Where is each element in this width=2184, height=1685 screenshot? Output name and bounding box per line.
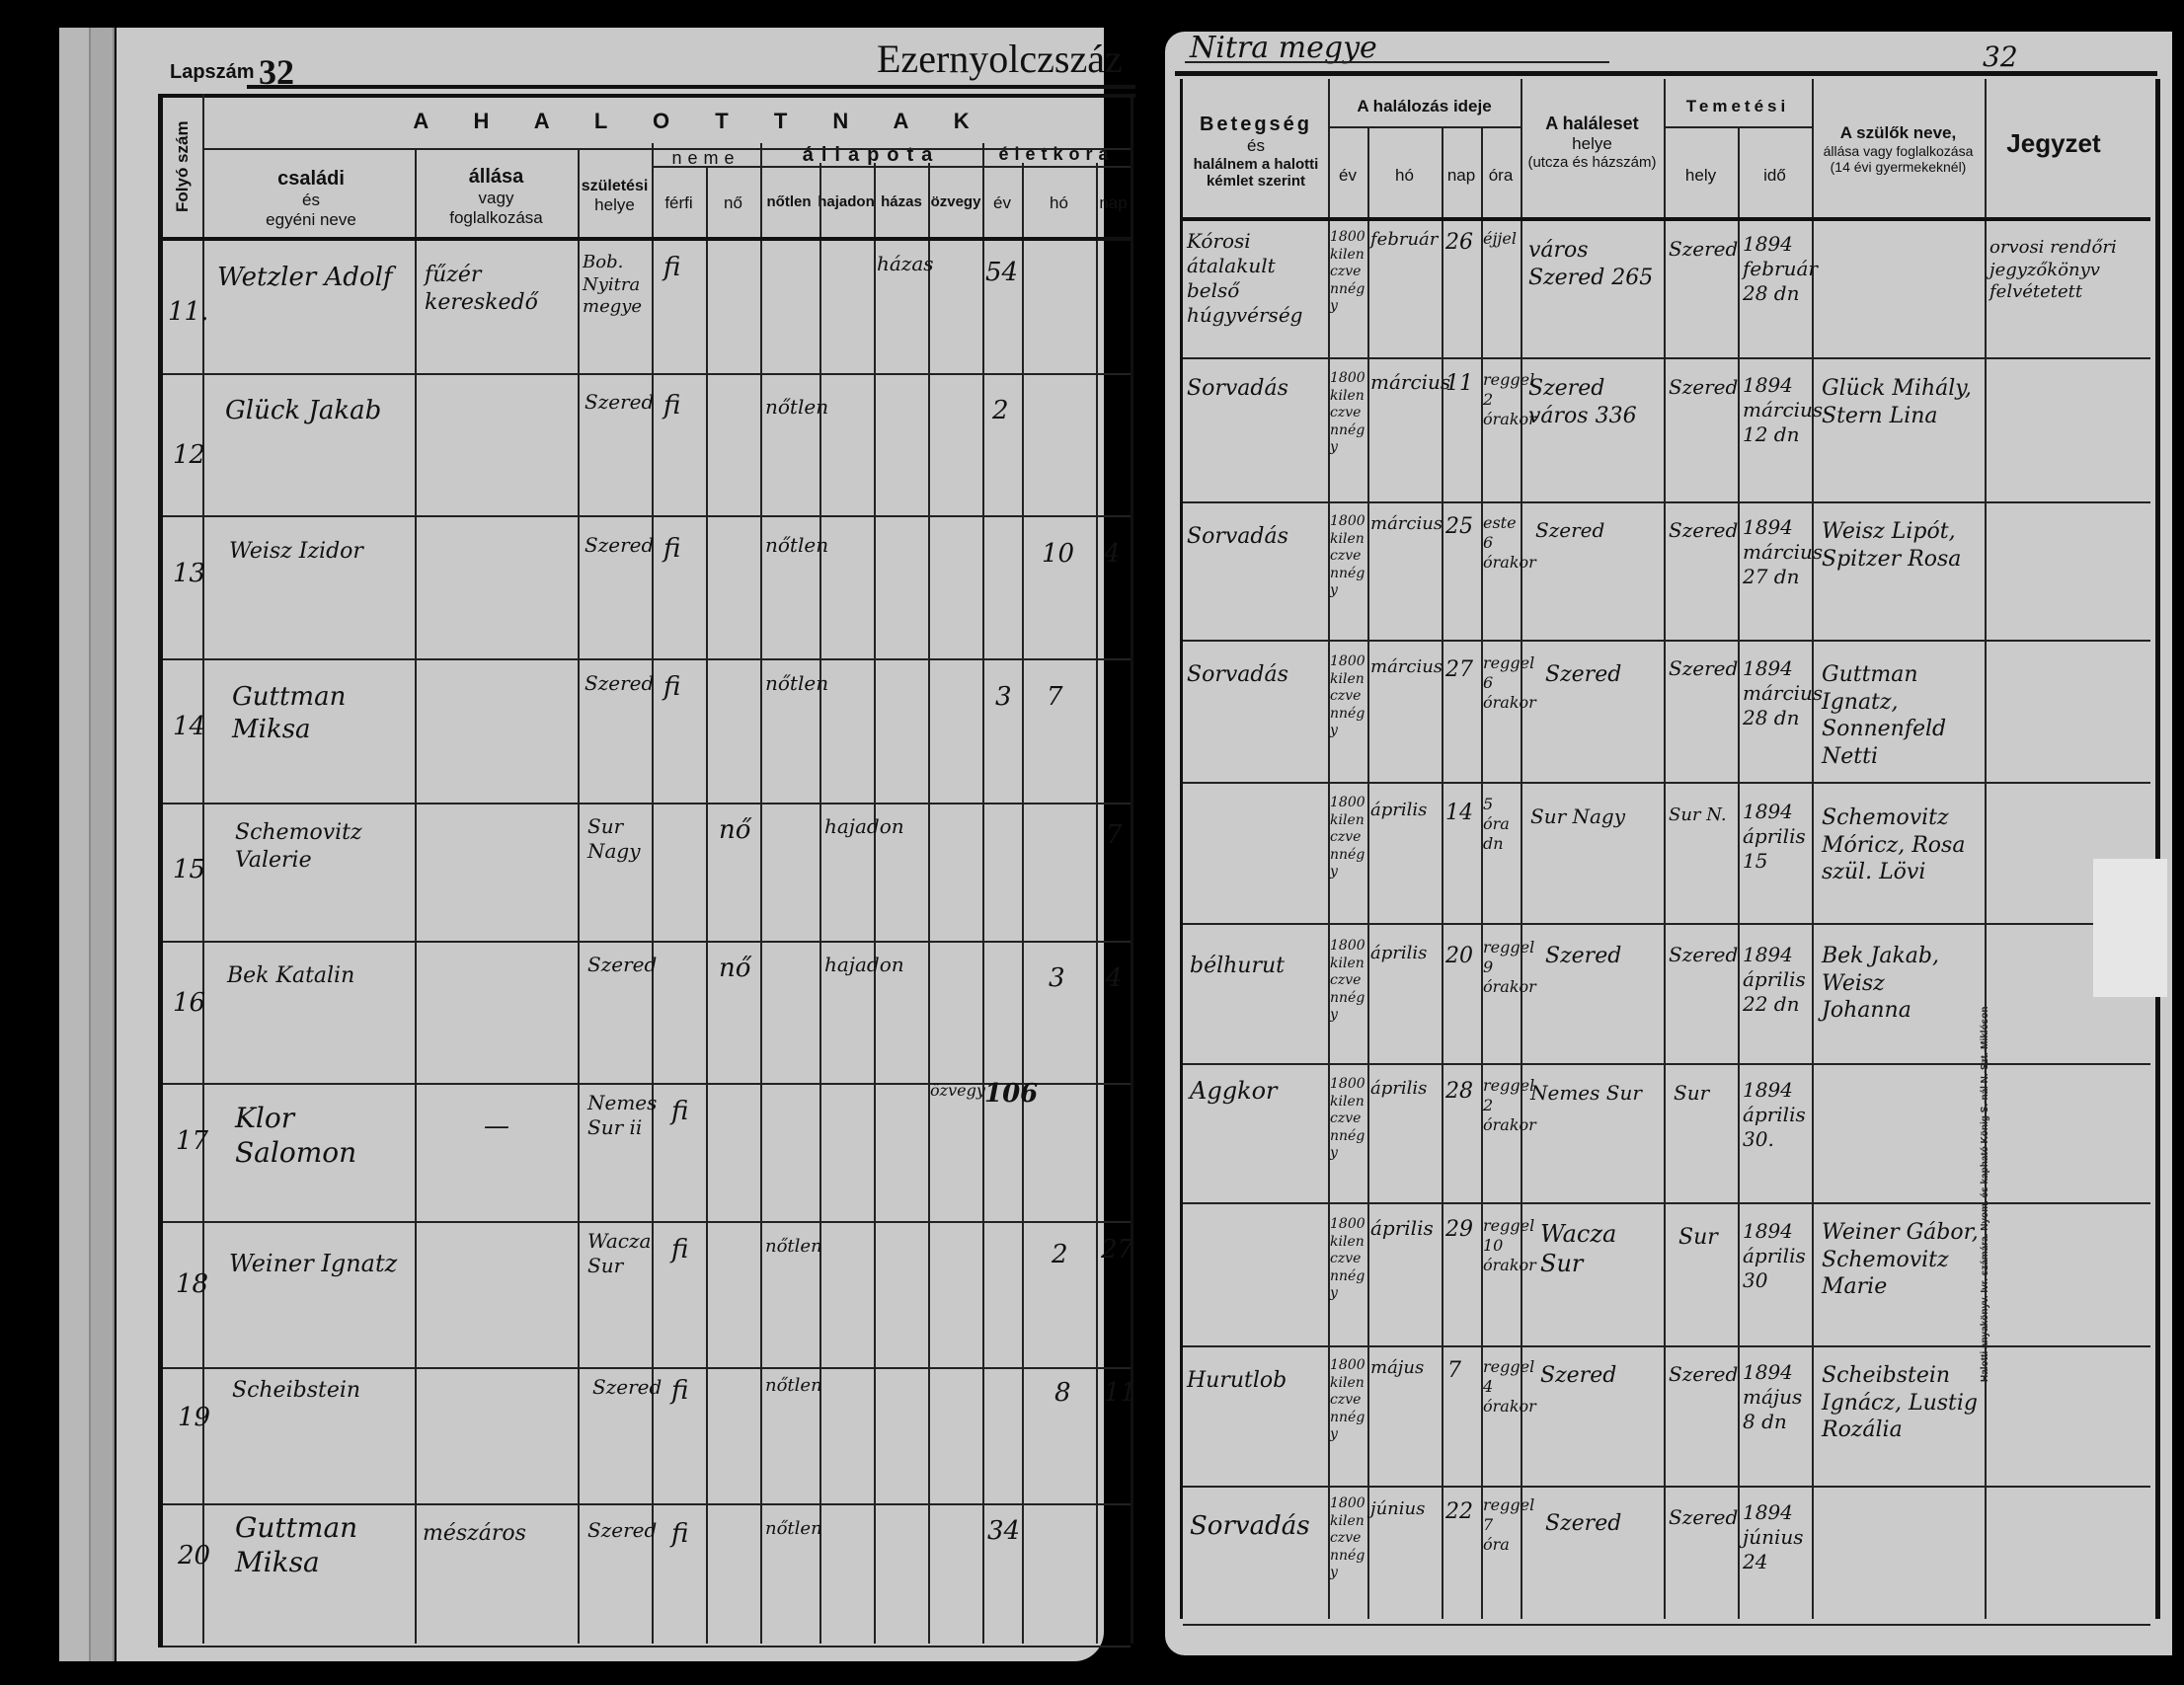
row-20-age-years: 34: [987, 1515, 1020, 1548]
book-gutter: [1135, 0, 1167, 1685]
row-divider: [163, 658, 1131, 660]
header-rule: [652, 166, 1131, 168]
col-cause-line1: Betegség: [1183, 114, 1329, 136]
row-12-no: 12: [173, 439, 205, 472]
row-18-place: Wacza Sur: [1540, 1219, 1659, 1278]
row-15-name: Schemovitz Valerie: [235, 819, 408, 874]
row-20-burial-place: Szered: [1669, 1505, 1738, 1530]
col-parents-header: A szülők neve, állása vagy foglalkozása …: [1812, 123, 1985, 175]
row-13-name: Weisz Izidor: [229, 538, 407, 566]
row-14-single-m: nőtlen: [765, 671, 817, 696]
row-divider: [163, 1646, 1131, 1647]
row-15-parents: Schemovitz Móricz, Rosa szül. Lövi: [1822, 804, 1980, 886]
header-rule: [202, 148, 1131, 150]
row-20-birthplace: Szered: [587, 1518, 657, 1543]
row-11-no: 11.: [168, 296, 208, 329]
row-12-name: Glück Jakab: [225, 395, 403, 427]
row-divider: [1183, 1345, 2150, 1347]
row-13-age-months: 10: [1042, 538, 1074, 571]
row-14-cause: Sorvadás: [1187, 661, 1325, 689]
col-male-header: férfi: [652, 193, 706, 213]
col-married-header: házas: [875, 193, 928, 210]
col-age-years-header: év: [982, 193, 1022, 213]
row-13-parents: Weisz Lipót, Spitzer Rosa: [1822, 518, 1980, 573]
title-rule: [247, 85, 1135, 89]
row-14-death-day: 27: [1445, 656, 1473, 684]
year-heading: Ezernyolczszáz: [877, 36, 1123, 82]
row-20-burial-time: 1894 június 24: [1743, 1500, 1810, 1574]
col-name-line1: családi: [212, 168, 410, 191]
col-occ-line2: vagy: [415, 189, 578, 208]
col-birth-line2: helye: [578, 195, 652, 215]
row-13-burial-time: 1894 március 27 dn: [1743, 515, 1810, 589]
row-16-female: nő: [719, 953, 750, 985]
row-15-death-month: április: [1370, 800, 1440, 822]
row-20-death-hour: reggel 7 óra: [1483, 1495, 1519, 1555]
row-14-burial-time: 1894 március 28 dn: [1743, 656, 1810, 730]
divider: [1521, 79, 1522, 1619]
printer-imprint: Halotti anyakönyv. Ivr. számára. Nyom. é…: [1980, 987, 1990, 1382]
row-12-place: Szered város 336: [1528, 375, 1662, 429]
row-divider: [163, 803, 1131, 804]
row-14-death-year: 1800 kilenczvennégy: [1330, 653, 1365, 740]
row-11-death-year: 1800 kilenczvennégy: [1330, 229, 1365, 316]
col-widowed-header: özvegy: [928, 193, 983, 210]
row-divider: [1183, 782, 2150, 784]
divider: [1442, 128, 1443, 1619]
row-14-male: fi: [663, 671, 680, 704]
row-12-death-day: 11: [1445, 370, 1473, 398]
row-11-age-years: 54: [985, 257, 1018, 289]
divider: [928, 163, 930, 1644]
row-19-cause: Hurutlob: [1187, 1367, 1325, 1395]
row-20-male: fi: [671, 1518, 688, 1551]
divider: [1664, 79, 1666, 1619]
divider: [706, 168, 708, 1644]
col-death-month-header: hó: [1367, 166, 1442, 186]
col-parents-line1: A szülők neve,: [1812, 123, 1985, 143]
col-occupation-header: állása vagy foglalkozása: [415, 166, 578, 228]
divider: [1022, 163, 1024, 1644]
col-parents-line2: állása vagy foglalkozása: [1812, 143, 1985, 159]
row-17-name: Klor Salomon: [235, 1101, 408, 1170]
row-divider: [1183, 1486, 2150, 1488]
row-18-burial-time: 1894 április 30: [1743, 1219, 1810, 1293]
row-16-death-hour: reggel 9 órakor: [1483, 938, 1519, 997]
row-18-age-days: 27: [1101, 1234, 1133, 1266]
row-20-death-day: 22: [1445, 1498, 1473, 1526]
row-15-age-days: 7: [1106, 819, 1123, 852]
row-11-cause: Kórosi átalakult belső húgyvérség: [1187, 229, 1325, 328]
row-19-age-months: 8: [1054, 1377, 1071, 1410]
row-13-place: Szered: [1535, 518, 1604, 543]
row-16-parents: Bek Jakab, Weisz Johanna: [1822, 943, 1980, 1025]
row-11-place: város Szered 265: [1528, 237, 1662, 291]
row-19-death-hour: reggel 4 órakor: [1483, 1357, 1519, 1417]
col-place-line2: helye: [1521, 134, 1664, 154]
row-18-death-month: április: [1370, 1216, 1440, 1241]
col-age-days-header: nap: [1096, 193, 1131, 213]
row-12-burial-time: 1894 március 12 dn: [1743, 373, 1810, 447]
divider: [652, 143, 654, 1644]
row-18-parents: Weiner Gábor, Schemovitz Marie: [1822, 1219, 1980, 1301]
row-divider: [1183, 357, 2150, 359]
row-11-occupation: fűzér kereskedő: [425, 262, 573, 316]
row-18-no: 18: [176, 1268, 208, 1301]
row-16-single-f: hajadon: [824, 953, 872, 977]
row-14-burial-place: Szered: [1669, 656, 1738, 681]
row-13-cause: Sorvadás: [1187, 523, 1325, 551]
row-17-death-hour: reggel 2 órakor: [1483, 1076, 1519, 1135]
col-place-line3: (utcza és házszám): [1521, 154, 1664, 171]
col-parents-line3: (14 évi gyermekeknél): [1812, 159, 1985, 175]
col-name-line2: és: [212, 191, 410, 210]
row-16-cause: bélhurut: [1190, 953, 1328, 980]
row-12-cause: Sorvadás: [1187, 375, 1325, 403]
divider: [982, 143, 984, 1644]
row-divider: [163, 1367, 1131, 1369]
row-20-no: 20: [178, 1540, 210, 1572]
row-18-age-months: 2: [1052, 1239, 1068, 1271]
row-13-single-m: nőtlen: [765, 533, 817, 558]
title-rule: [1175, 71, 2157, 76]
row-15-place: Sur Nagy: [1530, 804, 1625, 829]
row-12-parents: Glück Mihály, Stern Lina: [1822, 375, 1980, 429]
row-divider: [163, 1503, 1131, 1505]
row-19-name: Scheibstein: [232, 1377, 410, 1405]
col-cause-line3: halálnem a halotti: [1183, 156, 1329, 173]
col-place-line1: A haláleset: [1521, 114, 1664, 134]
col-cause-line2: és: [1183, 136, 1329, 156]
row-13-birthplace: Szered: [585, 533, 654, 558]
row-divider: [163, 1221, 1131, 1223]
row-14-death-month: március: [1370, 656, 1440, 679]
row-17-birthplace: Nemes Sur ii: [587, 1091, 647, 1140]
col-single-m-header: nőtlen: [760, 193, 818, 210]
row-14-no: 14: [173, 711, 205, 743]
row-15-death-year: 1800 kilenczvennégy: [1330, 795, 1365, 881]
row-19-death-day: 7: [1447, 1357, 1461, 1385]
row-15-single-f: hajadon: [824, 814, 872, 839]
row-13-male: fi: [663, 533, 680, 566]
row-14-name: Guttman Miksa: [232, 681, 405, 745]
col-cause-header: Betegség és halálnem a halotti kémlet sz…: [1183, 114, 1329, 190]
row-20-death-month: június: [1370, 1498, 1440, 1521]
row-19-male: fi: [671, 1375, 688, 1408]
row-14-birthplace: Szered: [585, 671, 654, 696]
col-female-header: nő: [706, 193, 760, 213]
divider: [819, 163, 821, 1644]
col-birthplace-header: születési helye: [578, 178, 652, 215]
divider: [874, 163, 876, 1644]
page-label: Lapszám: [170, 61, 255, 84]
row-12-male: fi: [663, 390, 680, 422]
row-18-death-day: 29: [1445, 1216, 1473, 1244]
row-19-age-days: 11: [1104, 1377, 1136, 1410]
paper-slip: [2093, 859, 2167, 997]
row-19-parents: Scheibstein Ignácz, Lustig Rozália: [1822, 1362, 1980, 1444]
col-burial-time-header: idő: [1738, 166, 1812, 186]
col-place-header: A haláleset helye (utcza és házszám): [1521, 114, 1664, 171]
row-11-married: házas: [877, 252, 926, 276]
row-11-burial-place: Szered: [1669, 237, 1738, 262]
row-17-death-month: április: [1370, 1078, 1440, 1101]
row-18-death-year: 1800 kilenczvennégy: [1330, 1216, 1365, 1303]
row-16-age-days: 4: [1106, 962, 1123, 995]
row-14-place: Szered: [1545, 661, 1621, 689]
left-page-stack: [59, 28, 91, 1661]
row-12-burial-place: Szered: [1669, 375, 1738, 400]
row-14-age-months: 7: [1047, 681, 1063, 714]
row-19-burial-place: Szered: [1669, 1362, 1738, 1387]
row-17-no: 17: [176, 1125, 208, 1158]
divider: [1131, 94, 1133, 1644]
row-13-death-year: 1800 kilenczvennégy: [1330, 513, 1365, 600]
row-12-death-hour: reggel 2 órakor: [1483, 370, 1519, 429]
row-19-birthplace: Szered: [592, 1375, 662, 1400]
col-name-header: családi és egyéni neve: [212, 168, 410, 230]
row-13-age-days: 4: [1104, 538, 1121, 571]
section-title: A H A L O T T N A K: [267, 109, 1135, 134]
row-15-burial-time: 1894 április 15: [1743, 800, 1810, 874]
row-18-death-hour: reggel 10 órakor: [1483, 1216, 1519, 1275]
divider: [760, 143, 762, 1644]
row-12-death-year: 1800 kilenczvennégy: [1330, 370, 1365, 457]
divider: [1985, 79, 1987, 1619]
row-18-name: Weiner Ignatz: [229, 1249, 407, 1278]
row-17-burial-place: Sur: [1674, 1081, 1709, 1106]
col-death-year-header: év: [1328, 166, 1367, 186]
left-page-stack-inner: [91, 28, 115, 1661]
row-15-death-hour: 5 óra dn: [1483, 795, 1519, 854]
col-death-hour-header: óra: [1481, 166, 1521, 186]
row-19-burial-time: 1894 május 8 dn: [1743, 1360, 1810, 1434]
row-19-death-month: május: [1370, 1357, 1440, 1380]
header-rule: [1664, 126, 1812, 128]
divider: [1812, 79, 1814, 1619]
row-19-death-year: 1800 kilenczvennégy: [1330, 1357, 1365, 1444]
row-16-no: 16: [173, 987, 205, 1020]
row-17-death-day: 28: [1445, 1078, 1473, 1106]
row-14-parents: Guttman Ignatz, Sonnenfeld Netti: [1822, 661, 1980, 770]
row-17-widowed: özvegy: [930, 1081, 985, 1101]
divider: [1738, 128, 1740, 1619]
divider: [1096, 163, 1098, 1644]
row-16-burial-place: Szered: [1669, 943, 1738, 967]
page-number-handwritten: 32: [1983, 39, 2018, 74]
row-16-burial-time: 1894 április 22 dn: [1743, 943, 1810, 1017]
row-11-name: Wetzler Adolf: [217, 262, 405, 294]
burial-group-header: Temetési: [1664, 97, 1812, 116]
row-16-death-month: április: [1370, 943, 1440, 965]
row-17-male: fi: [671, 1096, 688, 1128]
right-table: [1180, 79, 2160, 1619]
row-17-death-year: 1800 kilenczvennégy: [1330, 1076, 1365, 1163]
col-serial-header: Folyó szám: [173, 123, 193, 212]
row-16-age-months: 3: [1049, 962, 1065, 995]
row-20-occupation: mészáros: [423, 1520, 526, 1548]
col-single-f-header: hajadon: [818, 193, 875, 210]
row-13-no: 13: [173, 558, 205, 590]
row-12-birthplace: Szered: [585, 390, 654, 415]
row-divider: [163, 373, 1131, 375]
row-19-single-m: nőtlen: [765, 1375, 822, 1398]
row-20-death-year: 1800 kilenczvennégy: [1330, 1495, 1365, 1582]
row-11-death-month: február: [1370, 229, 1440, 252]
row-16-birthplace: Szered: [587, 953, 657, 977]
row-20-place: Szered: [1545, 1510, 1621, 1538]
row-16-name: Bek Katalin: [227, 962, 410, 990]
row-13-death-month: március: [1370, 513, 1440, 536]
row-17-place: Nemes Sur: [1530, 1081, 1642, 1106]
row-17-occupation: —: [484, 1111, 509, 1143]
row-18-single-m: nőtlen: [765, 1236, 822, 1259]
col-occ-line3: foglalkozása: [415, 208, 578, 228]
row-16-place: Szered: [1545, 943, 1621, 970]
row-12-single-m: nőtlen: [765, 395, 817, 420]
row-15-death-day: 14: [1445, 800, 1473, 827]
row-20-cause: Sorvadás: [1190, 1510, 1328, 1543]
col-occ-line1: állása: [415, 166, 578, 189]
row-11-notes: orvosi rendőri jegyzőkönyv felvétetett: [1989, 237, 2118, 304]
row-13-death-day: 25: [1445, 513, 1473, 541]
row-11-burial-time: 1894 február 28 dn: [1743, 232, 1810, 306]
row-19-no: 19: [178, 1402, 210, 1434]
row-16-death-day: 20: [1445, 943, 1473, 970]
divider: [1367, 128, 1369, 1619]
row-12-age-years: 2: [992, 395, 1009, 427]
col-burial-place-header: hely: [1664, 166, 1738, 186]
col-birth-line1: születési: [578, 178, 652, 195]
row-divider: [1183, 501, 2150, 503]
col-age-months-header: hó: [1022, 193, 1096, 213]
row-15-birthplace: Sur Nagy: [587, 814, 647, 864]
row-19-place: Szered: [1540, 1362, 1616, 1390]
row-divider: [163, 941, 1131, 943]
row-11-male: fi: [663, 252, 680, 284]
header-bottom-rule: [1183, 217, 2150, 221]
col-name-line3: egyéni neve: [212, 210, 410, 230]
row-18-male: fi: [671, 1234, 688, 1266]
row-13-death-hour: este 6 órakor: [1483, 513, 1519, 573]
row-divider: [1183, 1624, 2150, 1626]
row-15-no: 15: [173, 854, 205, 886]
row-16-death-year: 1800 kilenczvennégy: [1330, 938, 1365, 1025]
header-rule: [1328, 126, 1521, 128]
row-17-age-years: 106: [984, 1078, 1038, 1111]
row-divider: [1183, 923, 2150, 925]
row-divider: [163, 515, 1131, 517]
row-divider: [1183, 1063, 2150, 1065]
row-15-female: nő: [719, 814, 750, 847]
row-11-death-hour: éjjel: [1483, 229, 1519, 249]
row-18-burial-place: Sur: [1678, 1224, 1718, 1252]
col-death-day-header: nap: [1442, 166, 1481, 186]
row-divider: [1183, 1202, 2150, 1204]
heading-underline: [1185, 61, 1609, 63]
header-bottom-rule: [163, 237, 1131, 241]
col-notes-header: Jegyzet: [1985, 128, 2123, 159]
row-divider: [1183, 640, 2150, 642]
row-11-birthplace: Bob. Nyitra megye: [583, 252, 650, 319]
row-17-burial-time: 1894 április 30.: [1743, 1078, 1810, 1152]
row-18-birthplace: Wacza Sur: [587, 1229, 647, 1278]
row-15-burial-place: Sur N.: [1669, 804, 1727, 827]
row-12-death-month: március: [1370, 370, 1440, 395]
row-14-age-years: 3: [995, 681, 1012, 714]
col-cause-line4: kémlet szerint: [1183, 173, 1329, 190]
row-20-name: Guttman Miksa: [235, 1510, 413, 1579]
row-17-cause: Aggkor: [1190, 1076, 1328, 1106]
row-14-death-hour: reggel 6 órakor: [1483, 653, 1519, 713]
row-20-single-m: nőtlen: [765, 1518, 822, 1541]
row-11-death-day: 26: [1445, 229, 1473, 257]
row-13-burial-place: Szered: [1669, 518, 1738, 543]
time-group-header: A halálozás ideje: [1328, 97, 1521, 116]
